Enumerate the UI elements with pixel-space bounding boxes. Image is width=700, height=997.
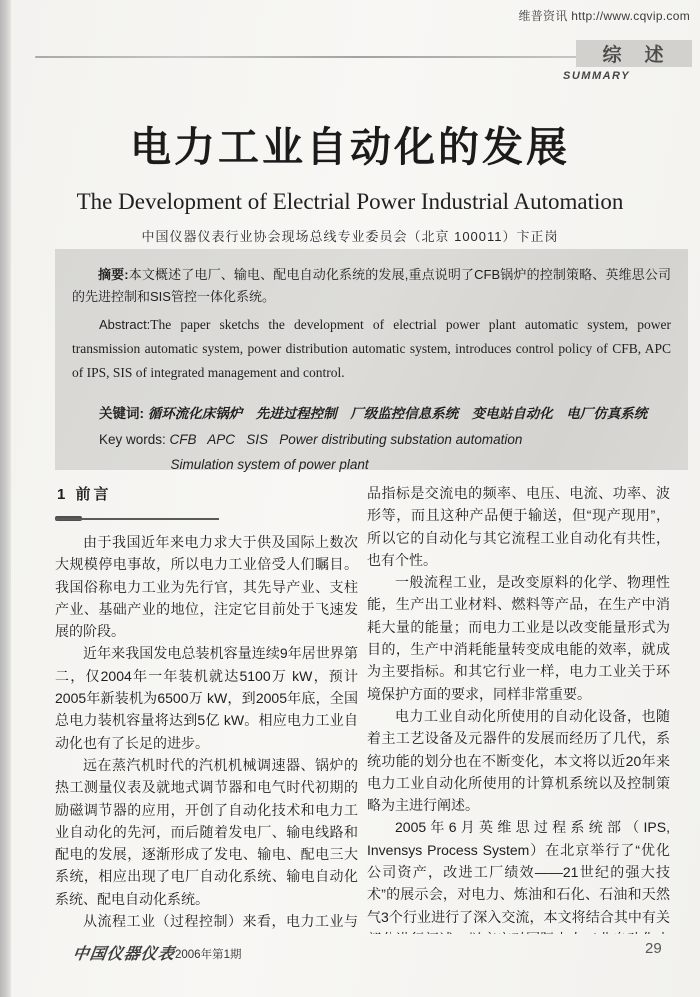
author-affiliation-line: 中国仪器仪表行业协会现场总线专业委员会（北京 100011）卞正岗: [0, 226, 700, 245]
watermark-text: 维普资讯 http://www.cqvip.com: [518, 7, 690, 24]
article-title-zh: 电力工业自动化的发展: [0, 114, 700, 173]
footer-journal-name: 中国仪器仪表: [71, 941, 176, 964]
body-paragraph: 近年来我国发电总装机容量连续9年居世界第二，仅2004年一年装机就达5100万 …: [55, 642, 358, 753]
abstract-zh: 摘要:本文概述了电厂、输电、配电自动化系统的发展,重点说明了CFB锅炉的控制策略…: [72, 264, 671, 308]
body-paragraph: 远在蒸汽机时代的汽机机械调速器、锅炉的热工测量仪表及就地式调节器和电气时代初期的…: [55, 754, 358, 910]
keywords-en-label: Key words:: [99, 432, 170, 447]
body-paragraph: 电力工业自动化所使用的自动化设备，也随着主工艺设备及元器件的发展而经历了几代，系…: [367, 705, 670, 816]
body-paragraph: 由于我国近年来电力求大于供及国际上数次大规模停电事故，所以电力工业倍受人们瞩目。…: [55, 531, 358, 642]
body-paragraph-continuation: 品指标是交流电的频率、电压、电流、功率、波形等，而且这种产品便于输送，但“现产现…: [367, 482, 670, 571]
keywords-zh-text: 循环流化床锅炉 先进过程控制 厂级监控信息系统 变电站自动化 电厂仿真系统: [148, 406, 648, 421]
body-paragraph: 2005年6月英维思过程系统部（IPS, Invensys Process Sy…: [367, 816, 670, 934]
keywords-en-line2: Simulation system of power plant: [72, 453, 671, 477]
article-title-en: The Development of Electrial Power Indus…: [0, 189, 700, 215]
category-label-zh: 综 述: [602, 40, 665, 67]
abstract-en-text: The paper sketchs the development of ele…: [72, 317, 671, 380]
footer-issue: 2006年第1期: [175, 946, 241, 962]
keywords-zh: 关键词: 循环流化床锅炉 先进过程控制 厂级监控信息系统 变电站自动化 电厂仿真…: [72, 402, 671, 426]
section-heading-underline: [55, 518, 219, 520]
abstract-zh-text: 本文概述了电厂、输电、配电自动化系统的发展,重点说明了CFB锅炉的控制策略、英维…: [72, 267, 671, 304]
section-heading: 1 前言: [57, 483, 112, 504]
category-badge: 综 述: [576, 40, 692, 67]
abstract-en-label: Abstract:: [99, 317, 150, 332]
body-paragraph: 从流程工业（过程控制）来看，电力工业与石油化工、冶金等行业一样，也是连续流程，并…: [55, 910, 358, 933]
left-column: 由于我国近年来电力求大于供及国际上数次大规模停电事故，所以电力工业倍受人们瞩目。…: [55, 531, 358, 933]
scanned-paper-page: 维普资讯 http://www.cqvip.com 综 述 SUMMARY 电力…: [0, 0, 700, 997]
header-divider: [35, 56, 623, 58]
abstract-keywords-box: 摘要:本文概述了电厂、输电、配电自动化系统的发展,重点说明了CFB锅炉的控制策略…: [55, 249, 688, 470]
abstract-zh-label: 摘要:: [98, 267, 129, 282]
keywords-zh-label: 关键词:: [99, 406, 148, 421]
keywords-en-text: CFB APC SIS Power distributing substatio…: [170, 432, 523, 447]
body-paragraph: 一般流程工业，是改变原料的化学、物理性能，生产出工业材料、燃料等产品，在生产中消…: [367, 571, 670, 705]
category-label-en: SUMMARY: [563, 70, 630, 82]
abstract-en: Abstract:The paper sketchs the developme…: [72, 313, 671, 385]
keywords-en: Key words: CFB APC SIS Power distributin…: [72, 428, 671, 452]
footer-page-number: 29: [645, 940, 662, 957]
right-column: 品指标是交流电的频率、电压、电流、功率、波形等，而且这种产品便于输送，但“现产现…: [367, 482, 670, 934]
